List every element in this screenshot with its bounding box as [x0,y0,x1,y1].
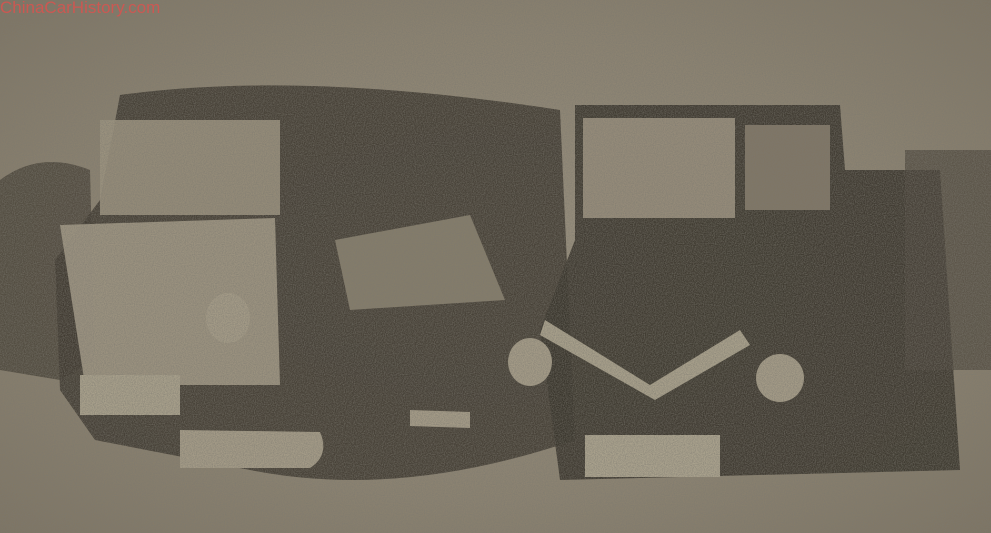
halftone-grain [0,0,991,533]
newspaper-photo: ChinaCarHistory.com [0,0,991,533]
vehicles-scene [0,0,991,533]
watermark: ChinaCarHistory.com [0,0,160,18]
